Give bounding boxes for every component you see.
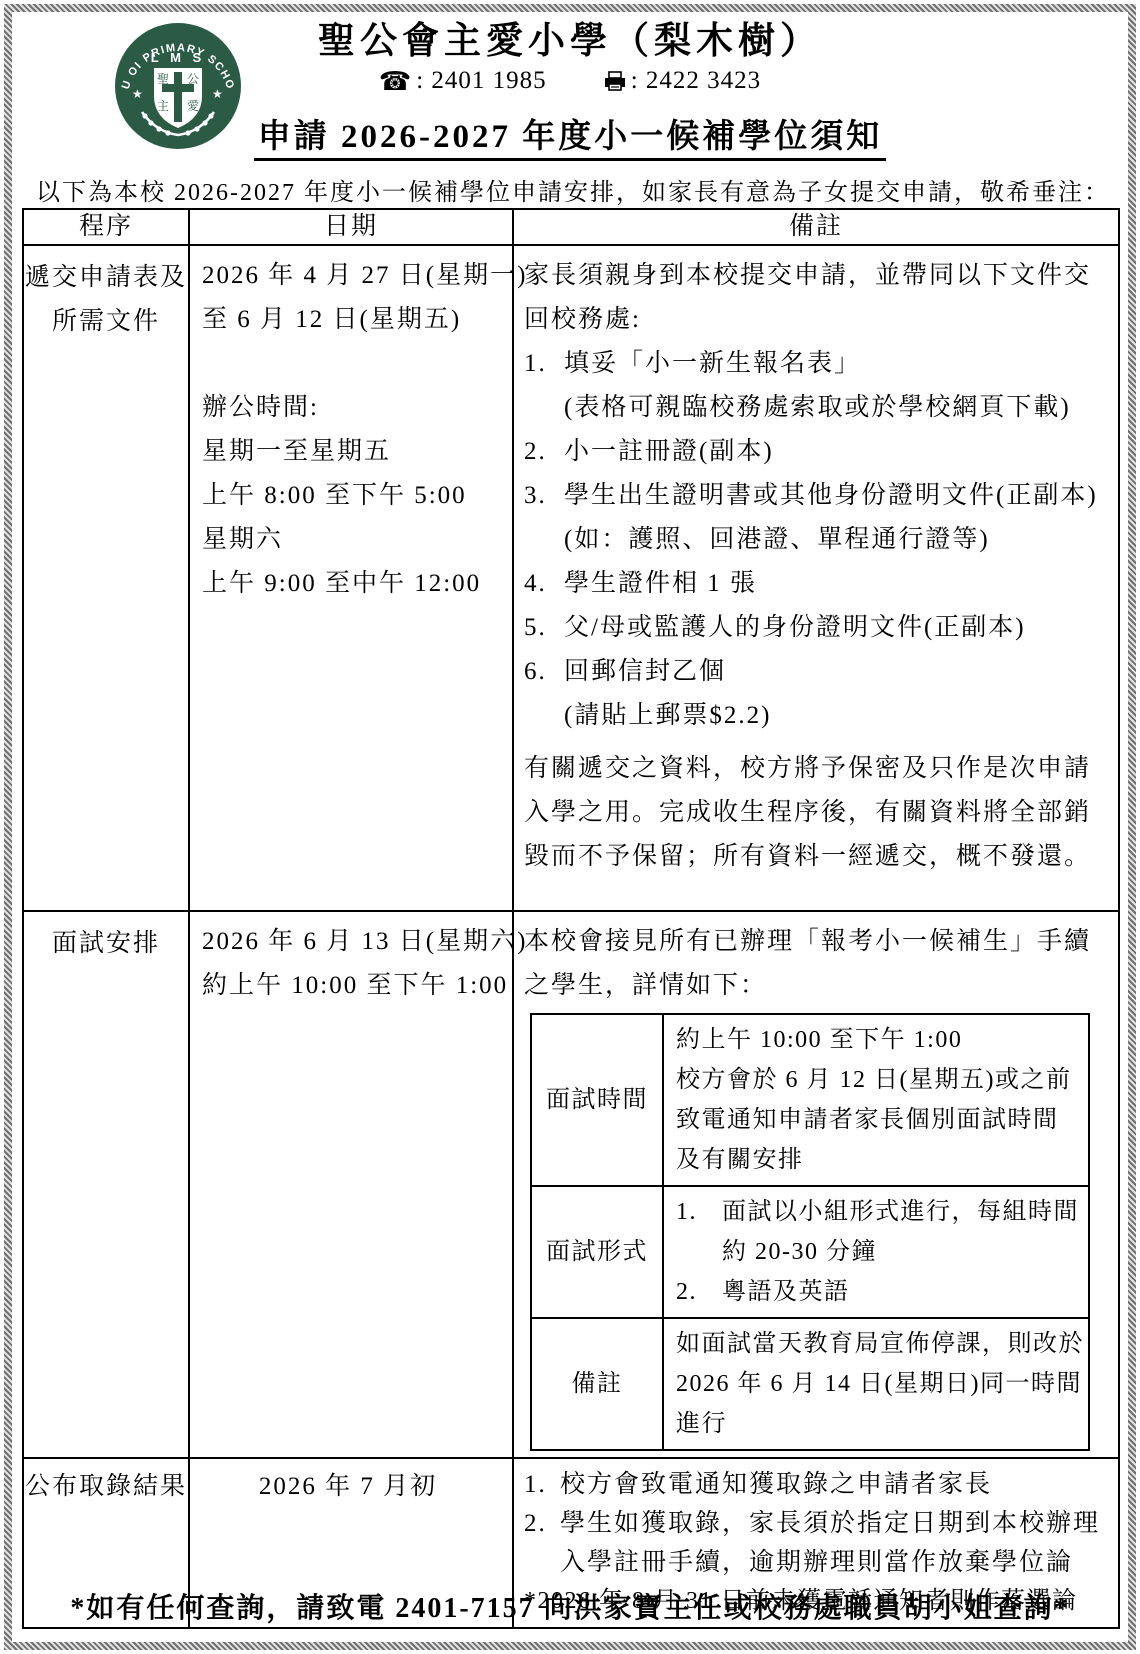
interview-note-label: 備註 (531, 1318, 663, 1450)
result-item: 1. 校方會致電通知獲取錄之申請者家長 (524, 1465, 1108, 1504)
document-item-note: (如：護照、回港證、單程通行證等) (564, 518, 1108, 562)
phone-number: : 2401 1985 (416, 67, 546, 94)
document-item: 2. 小一註冊證(副本) (524, 430, 1108, 474)
interview-note-content: 如面試當天教育局宣佈停課，則改於 2026 年 6 月 14 日(星期日)同一時… (663, 1318, 1089, 1450)
document-item: 6. 回郵信封乙個 (524, 650, 1108, 694)
interview-procedure: 面試安排 (23, 911, 189, 1458)
interview-time-content: 約上午 10:00 至下午 1:00 校方會於 6 月 12 日(星期五)或之前… (663, 1014, 1089, 1186)
contact-line: ☎: 2401 1985: 2422 3423 (0, 67, 1140, 97)
document-item: 3. 學生出生證明書或其他身份證明文件(正副本) (524, 474, 1108, 518)
interview-format-content: 1. 面試以小組形式進行，每組時間約 20-30 分鐘 2. 粵語及英語 (663, 1186, 1089, 1318)
document-item-note: (表格可親臨校務處索取或於學校網頁下載) (564, 386, 1108, 430)
privacy-statement: 有關遞交之資料，校方將予保密及只作是次申請入學之用。完成收生程序後，有關資料將全… (524, 747, 1108, 879)
document-header: 聖公會主愛小學（梨木樹） ☎: 2401 1985: 2422 3423 申請 … (0, 22, 1140, 157)
submission-remarks-intro: 家長須親身到本校提交申請，並帶同以下文件交回校務處: (524, 254, 1108, 342)
document-item-note: (請貼上郵票$2.2) (564, 694, 1108, 738)
header-procedure: 程序 (23, 209, 189, 245)
interview-details-table: 面試時間 約上午 10:00 至下午 1:00 校方會於 6 月 12 日(星期… (530, 1013, 1090, 1451)
blank-line (202, 342, 506, 386)
row-interview: 面試安排 2026 年 6 月 13 日(星期六) 約上午 10:00 至下午 … (23, 911, 1119, 1458)
format-item: 1. 面試以小組形式進行，每組時間約 20-30 分鐘 (676, 1192, 1084, 1272)
fax-number: : 2422 3423 (631, 67, 761, 94)
submission-dates: 2026 年 4 月 27 日(星期一) 至 6 月 12 日(星期五) 辦公時… (189, 245, 513, 911)
document-item: 4. 學生證件相 1 張 (524, 562, 1108, 606)
phone-icon: ☎ (379, 67, 412, 97)
interview-time-label: 面試時間 (531, 1014, 663, 1186)
document-item: 5. 父/母或監護人的身份證明文件(正副本) (524, 606, 1108, 650)
interview-format-row: 面試形式 1. 面試以小組形式進行，每組時間約 20-30 分鐘 2. 粵語及英… (531, 1186, 1089, 1318)
notice-title: 申請 2026-2027 年度小一候補學位須知 (0, 110, 1140, 157)
interview-remarks: 本校會接見所有已辦理「報考小一候補生」手續之學生，詳情如下： 面試時間 約上午 … (513, 911, 1119, 1458)
header-date: 日期 (189, 209, 513, 245)
submission-procedure: 遞交申請表及 所需文件 (23, 245, 189, 911)
phone-contact: ☎: 2401 1985 (379, 67, 547, 97)
intro-text: 以下為本校 2026-2027 年度小一候補學位申請安排，如家長有意為子女提交申… (36, 172, 1110, 207)
procedure-table: 程序 日期 備註 遞交申請表及 所需文件 2026 年 4 月 27 日(星期一… (22, 208, 1120, 1629)
document-item: 1. 填妥「小一新生報名表」 (524, 342, 1108, 386)
interview-remarks-intro: 本校會接見所有已辦理「報考小一候補生」手續之學生，詳情如下： (524, 920, 1108, 1008)
interview-time-row: 面試時間 約上午 10:00 至下午 1:00 校方會於 6 月 12 日(星期… (531, 1014, 1089, 1186)
fax-contact: : 2422 3423 (603, 67, 761, 95)
interview-dates: 2026 年 6 月 13 日(星期六) 約上午 10:00 至下午 1:00 (189, 911, 513, 1458)
interview-note-row: 備註 如面試當天教育局宣佈停課，則改於 2026 年 6 月 14 日(星期日)… (531, 1318, 1089, 1450)
school-name: 聖公會主愛小學（梨木樹） (0, 22, 1140, 62)
enquiry-footer: *如有任何查詢，請致電 2401-7157 向洪家寶主任或校務處職員胡小姐查詢* (0, 1586, 1140, 1626)
fax-icon (603, 71, 627, 91)
format-item: 2. 粵語及英語 (676, 1272, 1084, 1312)
table-header-row: 程序 日期 備註 (23, 209, 1119, 245)
interview-format-label: 面試形式 (531, 1186, 663, 1318)
row-submission: 遞交申請表及 所需文件 2026 年 4 月 27 日(星期一) 至 6 月 1… (23, 245, 1119, 911)
result-item: 2. 學生如獲取錄，家長須於指定日期到本校辦理入學註冊手續，逾期辦理則當作放棄學… (524, 1504, 1108, 1582)
submission-remarks: 家長須親身到本校提交申請，並帶同以下文件交回校務處: 1. 填妥「小一新生報名表… (513, 245, 1119, 911)
notice-page: CHU OI PRIMARY SCHOOL L M S ★ ★ 聖 公 主 愛 … (0, 0, 1140, 1654)
header-remarks: 備註 (513, 209, 1119, 245)
